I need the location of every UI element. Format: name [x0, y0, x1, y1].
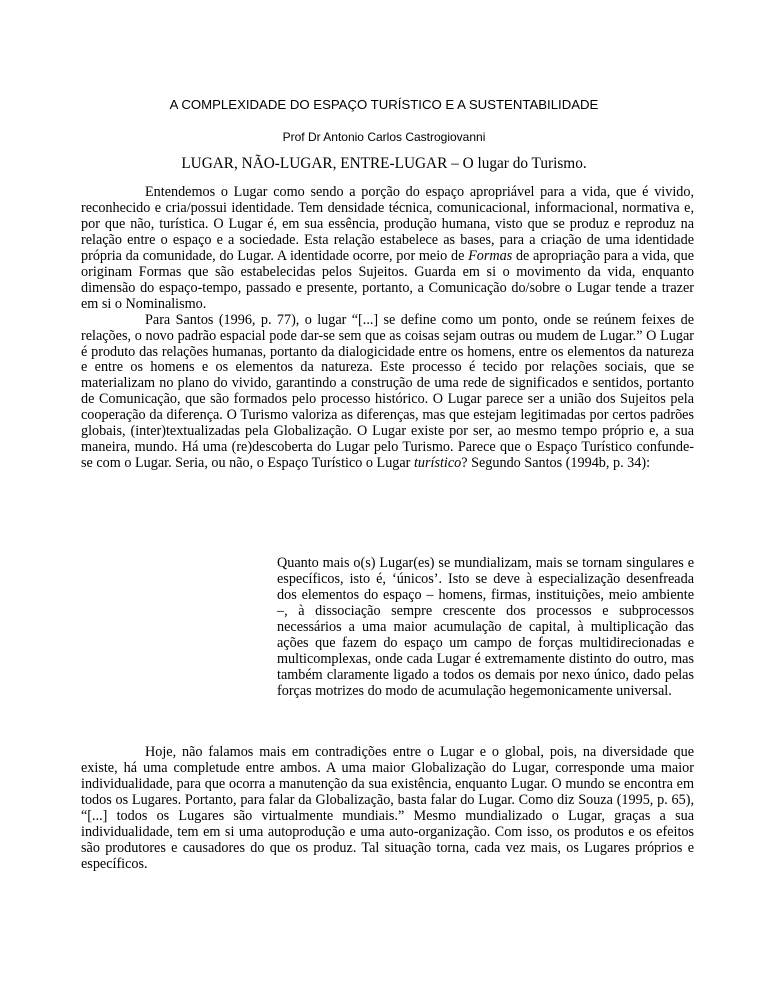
italic-term: turístico — [414, 455, 461, 471]
body-paragraphs-top: Entendemos o Lugar como sendo a porção d… — [81, 185, 694, 472]
author-name: Prof Dr Antonio Carlos Castrogiovanni — [0, 129, 768, 145]
body-paragraphs-bottom: Hoje, não falamos mais em contradições e… — [81, 745, 694, 873]
paragraph-3: Hoje, não falamos mais em contradições e… — [81, 745, 694, 873]
paragraph-1: Entendemos o Lugar como sendo a porção d… — [81, 185, 694, 313]
italic-term: Formas — [468, 248, 512, 264]
section-heading: LUGAR, NÃO-LUGAR, ENTRE-LUGAR – O lugar … — [0, 155, 768, 173]
paragraph-2: Para Santos (1996, p. 77), o lugar “[...… — [81, 313, 694, 473]
document-page: A COMPLEXIDADE DO ESPAÇO TURÍSTICO E A S… — [0, 0, 768, 994]
block-quote: Quanto mais o(s) Lugar(es) se mundializa… — [277, 556, 694, 700]
document-title: A COMPLEXIDADE DO ESPAÇO TURÍSTICO E A S… — [0, 97, 768, 113]
